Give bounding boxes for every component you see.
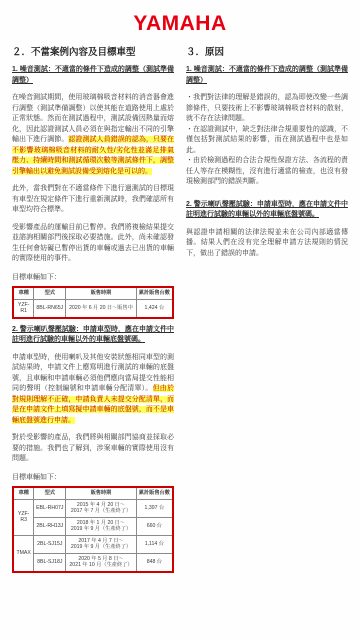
table-row: 2BL-RH13J 2018 年 1 月 20 日～ 2019 年 9 月（生產…	[13, 517, 173, 535]
section-title-cause: ３．原因	[186, 46, 348, 59]
table-cell-type: 2BL-SJ15J	[34, 535, 66, 553]
table-cell-count: 848 台	[136, 553, 173, 572]
table-header-count: 累計販售台數	[136, 287, 173, 299]
section-title-cases: ２．不當案例內容及目標車型	[12, 46, 174, 59]
paragraph-retest-result: 此外，當我們對在不適當條件下進行過測試的目標現有車型在規定條件下進行重新測試時，…	[12, 184, 174, 216]
table-cell-type: 8BL-RN65J	[34, 299, 66, 318]
subsection-heading-noise-cause: 1. 噪音測試：不適當的條件下造成的調整（測試準備調整）	[186, 65, 348, 86]
paragraph-normal-text: 申請車型時，使用喇叭及其他安裝狀態相同車型的測試結果時，申請文件上應寫明進行測試…	[12, 354, 174, 393]
table-header-row: 車種 型式 販售時期 累計販售台數	[13, 287, 173, 299]
table-header-period: 販售時期	[66, 287, 136, 299]
table-cell-model: TMAX	[13, 535, 34, 572]
right-column: ３．原因 1. 噪音測試：不適當的條件下造成的調整（測試準備調整） ・我們對法律…	[186, 46, 348, 573]
table-header-type: 型式	[34, 287, 66, 299]
table-cell-count: 660 台	[136, 517, 173, 535]
paragraph-shipment-stopped: 受影響產品的運輸目前已暫停。我們將複檢結果提交並諮詢相關部門後採取必要措施。此外…	[12, 223, 174, 265]
paragraph-horn-measures: 對於受影響的產品，我們將與相關部門協商並採取必要的措施。我們也了解到，涉案車輛的…	[12, 433, 174, 465]
table-row: YZF-R3 EBL-RH07J 2015 年 4 月 20 日～ 2017 年…	[13, 499, 173, 517]
cause-bullet-item: ・由於檢測過程的合法合規性保證方法、各流程的責任人等存在模糊性，沒有進行適當的檢…	[186, 156, 348, 188]
table-row: 8BL-SJ18J 2020 年 5 月 8 日～ 2021 年 10 月（生產…	[13, 553, 173, 572]
notice-document-page: YAMAHA ２．不當案例內容及目標車型 1. 噪音測試：不適當的條件下造成的調…	[0, 0, 360, 640]
table-cell-count: 1,114 台	[136, 535, 173, 553]
table-cell-count: 1,424 台	[136, 299, 173, 318]
subsection-heading-horn-cause: 2. 警示喇叭聲壓試驗：申請車型時，應在申請文件中註明進行試驗的車輛以外的車輛底…	[186, 200, 348, 221]
target-vehicles-label-1: 目標車輛如下：	[12, 273, 174, 284]
table-header-type: 型式	[34, 487, 66, 499]
target-vehicles-label-2: 目標車輛如下：	[12, 473, 174, 484]
table-header-model: 車種	[13, 287, 34, 299]
paragraph-noise-test-detail: 在噪音測試期間，使用玻璃棉吸音材料的消音器會進行調整（測試準備調整）以使其能在道…	[12, 93, 174, 177]
two-column-layout: ２．不當案例內容及目標車型 1. 噪音測試：不適當的條件下造成的調整（測試準備調…	[0, 36, 360, 573]
table-cell-model: YZF-R3	[13, 499, 34, 535]
cause-bullet-item: ・我們對法律的理解是錯誤的，認為即使改變一些調節條件，只要技術上不影響玻璃棉吸音…	[186, 93, 348, 125]
table-header-row: 車種 型式 販售時期 累計販售台數	[13, 487, 173, 499]
left-column: ２．不當案例內容及目標車型 1. 噪音測試：不適當的條件下造成的調整（測試準備調…	[12, 46, 174, 573]
table-cell-type: 2BL-RH13J	[34, 517, 66, 535]
cause-bullet-item: ・在認證測試中，缺乏對法律合規重要性的認識，不僅包括對測試結果的影響，而在測試過…	[186, 125, 348, 157]
subsection-heading-noise-test: 1. 噪音測試：不適當的條件下造成的調整（測試準備調整）	[12, 65, 174, 86]
table-row: TMAX 2BL-SJ15J 2017 年 4 月 7 日～ 2019 年 9 …	[13, 535, 173, 553]
table-row: YZF-R1 8BL-RN65J 2020 年 6 月 20 日～販售中 1,4…	[13, 299, 173, 318]
table-cell-period: 2020 年 6 月 20 日～販售中	[66, 299, 136, 318]
table-cell-period: 2015 年 4 月 20 日～ 2017 年 7 月（生產終了）	[66, 499, 136, 517]
table-cell-model: YZF-R1	[13, 299, 34, 318]
table-cell-period: 2020 年 5 月 8 日～ 2021 年 10 月（生產終了）	[66, 553, 136, 572]
table-header-period: 販售時期	[66, 487, 136, 499]
vehicle-table-noise-test: 車種 型式 販售時期 累計販售台數 YZF-R1 8BL-RN65J 2020 …	[12, 286, 174, 319]
table-cell-type: 8BL-SJ18J	[34, 553, 66, 572]
cause-bullet-list: ・我們對法律的理解是錯誤的，認為即使改變一些調節條件，只要技術上不影響玻璃棉吸音…	[186, 93, 348, 188]
table-header-count: 累計販售台數	[136, 487, 173, 499]
vehicle-table-horn-test: 車種 型式 販售時期 累計販售台數 YZF-R3 EBL-RH07J 2015 …	[12, 486, 174, 573]
subsection-heading-horn-test: 2. 警示喇叭聲壓試驗：申請車型時，應在申請文件中註明進行試驗的車輛以外的車輛底…	[12, 325, 174, 346]
yamaha-logo-text: YAMAHA	[0, 0, 360, 36]
table-header-model: 車種	[13, 487, 34, 499]
table-cell-period: 2018 年 1 月 20 日～ 2019 年 9 月（生產終了）	[66, 517, 136, 535]
paragraph-horn-cause: 與認證申請相關的法律法規並未在公司內部適當傳播。結果人們在沒有完全理解申請方法規…	[186, 228, 348, 260]
table-cell-count: 1,397 台	[136, 499, 173, 517]
paragraph-horn-test-detail: 申請車型時，使用喇叭及其他安裝狀態相同車型的測試結果時，申請文件上應寫明進行測試…	[12, 353, 174, 427]
table-cell-period: 2017 年 4 月 7 日～ 2019 年 9 月（生產終了）	[66, 535, 136, 553]
table-cell-type: EBL-RH07J	[34, 499, 66, 517]
